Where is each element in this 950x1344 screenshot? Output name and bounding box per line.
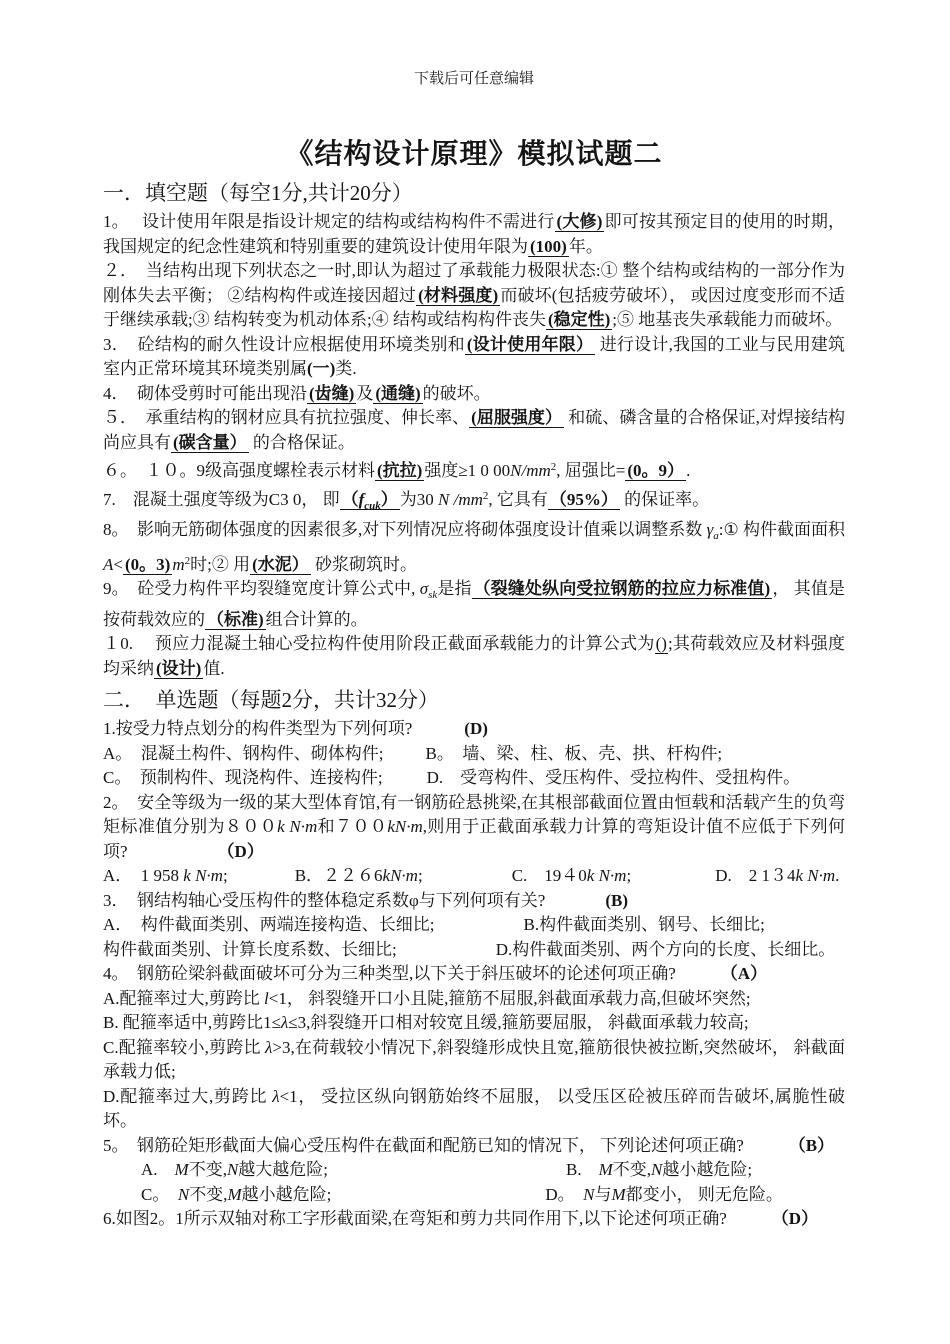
math-var: kN·m (383, 866, 418, 885)
math-var: N (651, 1160, 662, 1179)
math-subscript: sk (428, 589, 437, 601)
fill-q2: ２． 当结构出现下列状态之一时,即认为超过了承载能力极限状态:① 整个结构或结构… (103, 259, 845, 333)
math-var: σ (420, 579, 428, 598)
text-run: 砂浆砌筑时。 (311, 555, 417, 574)
blank-answer: (100) (528, 237, 569, 257)
text-run: :① 构件截面面积 (719, 520, 845, 539)
text-run: 越小越危险; (242, 1185, 332, 1204)
text-run: 值. (203, 659, 224, 678)
text-run: A． 1 958 (103, 866, 183, 885)
text-run: 组合计算的。 (266, 610, 368, 629)
answer-key: （B） (789, 1136, 834, 1155)
gap-spacer (727, 1223, 772, 1224)
text-run: <1， 斜裂缝开口小且陡,箍筋不屈服,斜截面承载力高,但破坏突然; (269, 989, 751, 1008)
fill-q9: 9。 砼受力构件平均裂缝宽度计算公式中, σsk是指（裂缝处纵向受拉钢筋的拉应力… (103, 577, 845, 632)
text-run: D。 (545, 1185, 583, 1204)
mc-q6-stem: 6.如图2。1所示双轴对称工字形截面梁,在弯矩和剪力共同作用下,以下论述何项正确… (103, 1207, 845, 1232)
math-var: N /mm (438, 490, 483, 509)
fill-q4: 4． 砌体受剪时可能出现沿(齿缝)及(通缝)的破坏。 (103, 382, 845, 407)
document-page: 下载后可任意编辑 《结构设计原理》模拟试题二 一．填空题（每空1分,共计20分）… (0, 0, 950, 1344)
mc-q2-stem: 2。 安全等级为一级的某大型体育馆,有一钢筋砼悬挑梁,在其根部截面位置由恒载和活… (103, 791, 845, 865)
gap-spacer (412, 733, 464, 734)
math-var: λ (272, 1087, 279, 1106)
fill-q6: ６。 １０。9级高强度螺栓表示材料(抗拉)强度≥1 0 00N/mm2, 屈强比… (103, 455, 845, 484)
gap-spacer (423, 880, 512, 881)
text-run: 类. (335, 359, 356, 378)
text-run: D. 受弯构件、受压构件、受拉构件、受扭构件。 (427, 768, 801, 787)
math-var: k N·m (795, 866, 835, 885)
text-run: 的保证率。 (620, 490, 709, 509)
text-run: 6.如图2。1所示双轴对称工字形截面梁,在弯矩和剪力共同作用下,以下论述何项正确… (103, 1209, 727, 1228)
page-title: 《结构设计原理》模拟试题二 (103, 136, 845, 174)
text-run: ;⑤ 地基丧失承载能力而破坏。 (612, 310, 842, 329)
text-run: 1.按受力特点划分的构件类型为下列何项? (103, 719, 412, 738)
answer-key: （D） (218, 842, 264, 861)
mc-q4-option-d: D.配箍率过大,剪跨比 λ<1， 受拉区纵向钢筋始终不屈服， 以受压区砼被压碎而… (103, 1085, 845, 1134)
text-run: 不变, (189, 1185, 227, 1204)
text-run: . (835, 866, 839, 885)
gap-spacer (435, 929, 524, 930)
text-run: 4。 钢筋砼梁斜截面破坏可分为三种类型,以下关于斜压破坏的论述何项正确? (103, 964, 676, 983)
blank-answer: （裂缝处纵向受拉钢筋的拉应力标准值) (472, 579, 773, 599)
blank-answer: （95%） (548, 490, 620, 510)
text-run: 不变, (613, 1160, 651, 1179)
math-var: k N·m (183, 866, 223, 885)
mc-q3-options-ab: A． 构件截面类别、两端连接构造、长细比;B.构件截面类别、钢号、长细比; (103, 913, 845, 938)
mc-q5-stem: 5。 钢筋砼矩形截面大偏心受压构件在截面和配筋已知的情况下， 下列论述何项正确?… (103, 1134, 845, 1159)
text-run: ５． 承重结构的钢材应具有抗拉强度、伸长率、 (103, 408, 469, 427)
blank-answer: (屈服强度） (469, 408, 564, 428)
fill-q8: 8。 影响无筋砌体强度的因素很多,对下列情况应将砌体强度设计值乘以调整系数 γa… (103, 518, 845, 577)
blank-answer: (水泥） (250, 555, 311, 575)
section1-heading: 一．填空题（每空1分,共计20分） (103, 178, 845, 208)
text-run: ; (418, 866, 423, 885)
mc-q4-stem: 4。 钢筋砼梁斜截面破坏可分为三种类型,以下关于斜压破坏的论述何项正确?（A） (103, 962, 845, 987)
text-run: 3． 钢结构轴心受压构件的整体稳定系数φ与下列何项有关? (103, 891, 545, 910)
text-run: A. (141, 1160, 175, 1179)
mc-q1-options-ab: A。 混凝土构件、钢构件、砌体构件;B。 墙、梁、柱、板、壳、拱、杆构件; (103, 742, 845, 767)
blank-answer: (0。9） (625, 461, 686, 481)
text-run: , 它具有 (488, 490, 548, 509)
text-run: C. 19４0 (512, 866, 587, 885)
math-var: m (172, 555, 184, 574)
blank-answer: (大修) (555, 212, 605, 232)
gap-spacer (744, 1150, 789, 1151)
text-run: 8。 影响无筋砌体强度的因素很多,对下列情况应将砌体强度设计值乘以调整系数 (103, 520, 707, 539)
mc-q4-option-c: C.配箍率较小,剪跨比 λ>3,在荷载较小情况下,斜裂缝形成快且宽,箍筋很快被拉… (103, 1036, 845, 1085)
text-run: B.构件截面类别、钢号、长细比; (524, 915, 765, 934)
gap-spacer (328, 1174, 566, 1175)
fill-q10: １0. 预应力混凝土轴心受拉构件使用阶段正截面承载能力的计算公式为();其荷载效… (103, 632, 845, 681)
text-run: 1。 设计使用年限是指设计规定的结构或结构构件不需进行 (103, 212, 555, 231)
mc-q4-option-b: B. 配箍率适中,剪跨比1≤λ≤3,斜裂缝开口相对较宽且缓,箍筋要屈服， 斜截面… (103, 1011, 845, 1036)
blank-answer: (通缝) (373, 384, 422, 404)
text-run: １0. 预应力混凝土轴心受拉构件使用阶段正截面承载能力的计算公式为 (103, 634, 655, 653)
gap-spacer (103, 1199, 141, 1200)
text-run: D.配箍率过大,剪跨比 (103, 1087, 272, 1106)
text-run: 年。 (569, 237, 603, 256)
gap-spacer (331, 1199, 545, 1200)
math-var: kN·m (387, 817, 422, 836)
fill-q7: 7. 混凝土强度等级为C3 0， 即（fcuk）为30 N /mm2, 它具有（… (103, 484, 845, 519)
math-var: N (583, 1185, 594, 1204)
blank-answer: (设计) (154, 659, 203, 679)
gap-spacer (545, 905, 605, 906)
math-var: k N·m (587, 866, 627, 885)
text-run: C.配箍率较小,剪跨比 (103, 1038, 265, 1057)
gap-spacer (103, 1174, 141, 1175)
blank-answer: (设计使用年限） (465, 335, 595, 355)
math-var: M (599, 1160, 613, 1179)
text-run: < (113, 555, 123, 574)
text-run: 越大越危险; (238, 1160, 328, 1179)
answer-key: (D) (464, 719, 488, 738)
mc-q1-options-cd: C。 预制构件、现浇构件、连接构件;D. 受弯构件、受压构件、受拉构件、受扭构件… (103, 766, 845, 791)
mc-q5-options-ab: A. M不变,N越大越危险;B. M不变,N越小越危险; (103, 1158, 845, 1183)
blank-answer: (抗拉) (375, 461, 424, 481)
text-run: C。 (141, 1185, 178, 1204)
section2-heading: 二． 单选题（每题2分，共计32分） (103, 685, 845, 715)
math-var: N (178, 1185, 189, 1204)
text-run: 为30 (400, 490, 438, 509)
text-run: ） (381, 490, 398, 509)
mc-q4-option-a: A.配箍率过大,剪跨比 l<1， 斜裂缝开口小且陡,箍筋不屈服,斜截面承载力高,… (103, 987, 845, 1012)
math-var: M (227, 1185, 241, 1204)
fill-q3: 3． 砼结构的耐久性设计应根据使用环境类别和(设计使用年限） 进行设计,我国的工… (103, 333, 845, 382)
answer-key: （A） (721, 964, 767, 983)
text-run: 不变, (189, 1160, 227, 1179)
gap-spacer (383, 782, 427, 783)
text-run: ; (223, 866, 228, 885)
text-run: C。 预制构件、现浇构件、连接构件; (103, 768, 383, 787)
text-run: 4． 砌体受剪时可能出现沿 (103, 384, 307, 403)
math-var: M (175, 1160, 189, 1179)
blank-answer: (材料强度) (416, 286, 500, 306)
mc-q3-options-cd: 构件截面类别、计算长度系数、长细比;D.构件截面类别、两个方向的长度、长细比。 (103, 938, 845, 963)
document-body: 一．填空题（每空1分,共计20分）1。 设计使用年限是指设计规定的结构或结构构件… (103, 178, 845, 1232)
text-run: B。 墙、梁、柱、板、壳、拱、杆构件; (426, 744, 723, 763)
text-run: B．２２６6 (295, 866, 383, 885)
mc-q3-stem: 3． 钢结构轴心受压构件的整体稳定系数φ与下列何项有关?(B) (103, 889, 845, 914)
math-var: M (611, 1185, 625, 1204)
blank-answer: (碳含量） (171, 433, 249, 453)
text-run: 都变小， 则无危险。 (626, 1185, 783, 1204)
text-run: . (686, 461, 690, 480)
edit-watermark: 下载后可任意编辑 (103, 68, 845, 90)
blank-answer: （fcuk） (340, 490, 400, 510)
text-run: ≤3,斜裂缝开口相对较宽且缓,箍筋要屈服， 斜截面承载力较高; (288, 1013, 748, 1032)
math-subscript: cuk (364, 500, 381, 512)
text-run: ; (626, 866, 631, 885)
math-var: N (227, 1160, 238, 1179)
gap-spacer (128, 856, 218, 857)
text-run: 的合格保证。 (249, 433, 355, 452)
text-run: B. (566, 1160, 599, 1179)
blank-answer: (0。3) (123, 555, 172, 575)
blank-answer: (齿缝) (307, 384, 356, 404)
gap-spacer (397, 954, 496, 955)
text-run: 9。 砼受力构件平均裂缝宽度计算公式中, (103, 579, 420, 598)
mc-q1-stem: 1.按受力特点划分的构件类型为下列何项?(D) (103, 717, 845, 742)
text-run: 及 (356, 384, 373, 403)
fill-q5: ５． 承重结构的钢材应具有抗拉强度、伸长率、(屈服强度） 和硫、磷含量的合格保证… (103, 406, 845, 455)
text-run: （ (342, 490, 359, 509)
text-run: 与 (594, 1185, 611, 1204)
text-run: D.构件截面类别、两个方向的长度、长细比。 (496, 940, 836, 959)
text-run: 5。 钢筋砼矩形截面大偏心受压构件在截面和配筋已知的情况下， 下列论述何项正确? (103, 1136, 744, 1155)
blank-empty: () (655, 634, 668, 654)
math-var: A (103, 555, 113, 574)
text-run: 7. 混凝土强度等级为C3 0， 即 (103, 490, 340, 509)
gap-spacer (384, 758, 426, 759)
gap-spacer (228, 880, 295, 881)
text-run: A． 构件截面类别、两端连接构造、长细比; (103, 915, 435, 934)
math-var: k N·m (277, 817, 317, 836)
answer-key: (B) (605, 891, 628, 910)
text-run: 1３4 (761, 866, 795, 885)
answer-key: （D） (772, 1209, 818, 1228)
text-run: 强度≥1 0 00 (424, 461, 510, 480)
gap-spacer (631, 880, 715, 881)
fill-q1: 1。 设计使用年限是指设计规定的结构或结构构件不需进行(大修)即可按其预定目的使… (103, 210, 845, 259)
text-run: B. 配箍率适中,剪跨比1≤ (103, 1013, 281, 1032)
text-run: 的破坏。 (423, 384, 491, 403)
text-run: 越小越危险; (662, 1160, 752, 1179)
math-var: N/mm (510, 461, 551, 480)
text-run: , 屈强比= (556, 461, 625, 480)
text-run: 和７００ (317, 817, 387, 836)
text-run: ６。 １０。9级高强度螺栓表示材料 (103, 461, 375, 480)
answer-key: (一) (307, 359, 335, 378)
text-run: 时;② 用 (190, 555, 250, 574)
text-run: A。 混凝土构件、钢构件、砌体构件; (103, 744, 384, 763)
gap-spacer (676, 978, 721, 979)
mc-q2-options: A． 1 958 k N·m;B．２２６6kN·m;C. 19４0k N·m;D… (103, 864, 845, 889)
mc-q5-options-cd: C。 N不变,M越小越危险;D。 N与M都变小， 则无危险。 (103, 1183, 845, 1208)
blank-answer: (稳定性) (546, 310, 612, 330)
text-run: D. 2 (715, 866, 761, 885)
blank-answer: （标准) (205, 610, 266, 630)
text-run: 构件截面类别、计算长度系数、长细比; (103, 940, 397, 959)
text-run: A.配箍率过大,剪跨比 (103, 989, 264, 1008)
text-run: 3． 砼结构的耐久性设计应根据使用环境类别和 (103, 335, 465, 354)
text-run: 是指 (437, 579, 471, 598)
